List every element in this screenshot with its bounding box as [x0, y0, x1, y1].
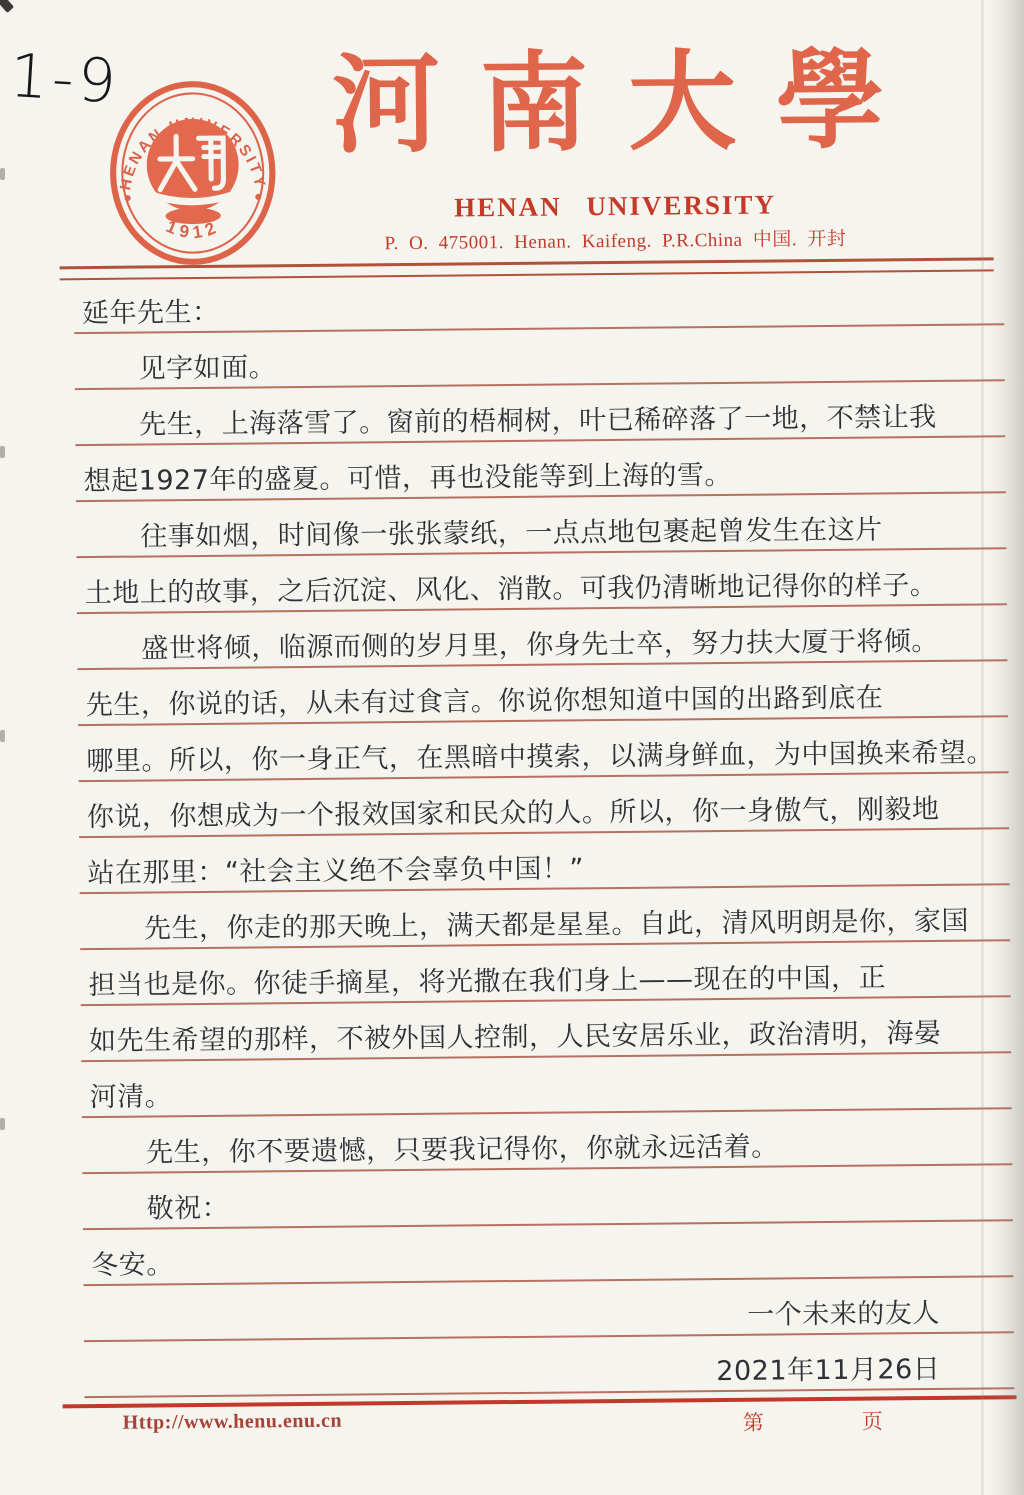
letter-line: 先生，你走的那天晚上，满天都是星星。自此，清风明朗是你，家国 — [80, 885, 1010, 950]
scan-crease — [981, 0, 984, 1495]
seal-center-emblem — [146, 118, 239, 224]
letter-line-text: 往事如烟，时间像一张张蒙纸，一点点地包裹起曾发生在这片 — [76, 516, 883, 556]
scanned-letter-page: 1-9 HENAN UNIVERSITY 1912 — [0, 0, 1024, 1495]
letter-line-text: 如先生希望的那样，不被外国人控制，人民安居乐业，政治清明，海晏 — [81, 1020, 942, 1060]
footer-page-prefix: 第 — [743, 1407, 764, 1437]
letter-line: 往事如烟，时间像一张张蒙纸，一点点地包裹起曾发生在这片 — [76, 493, 1006, 558]
letter-line: 一个未来的友人 — [83, 1277, 1013, 1342]
letter-line: 担当也是你。你徒手摘星，将光撒在我们身上——现在的中国，正 — [80, 941, 1010, 1006]
letter-body: 延年先生： 见字如面。 先生，上海落雪了。窗前的梧桐树，叶已稀碎落了一地，不禁让… — [74, 269, 1015, 1398]
letter-line: 你说，你想成为一个报效国家和民众的人。所以，你一身傲气，刚毅地 — [79, 773, 1009, 838]
letter-line-text: 冬安。 — [83, 1251, 174, 1284]
letter-line-text: 土地上的故事，之后沉淀、风化、消散。可我仍清晰地记得你的样子。 — [77, 572, 938, 612]
letter-line: 想起1927年的盛夏。可惜，再也没能等到上海的雪。 — [75, 437, 1005, 502]
letter-line: 延年先生： — [74, 269, 1004, 334]
letter-line-text: 河清。 — [81, 1083, 172, 1116]
letter-line: 先生，你说的话，从未有过食言。你说你想知道中国的出路到底在 — [78, 661, 1008, 726]
letter-line: 盛世将倾，临源而侧的岁月里，你身先士卒，努力扶大厦于将倾。 — [77, 605, 1007, 670]
seal-right-dot — [255, 194, 261, 200]
letter-line: 先生，你不要遗憾，只要我记得你，你就永远活着。 — [82, 1109, 1012, 1174]
letter-line-text: 想起1927年的盛夏。可惜，再也没能等到上海的雪。 — [76, 462, 732, 500]
university-name-english: HENAN UNIVERSITY — [315, 188, 915, 225]
letter-line-text: 2021年11月26日 — [716, 1355, 1014, 1390]
university-title-calligraphy: 河南大學 — [332, 42, 933, 167]
letter-line-text: 先生，你说的话，从未有过食言。你说你想知道中国的出路到底在 — [78, 684, 884, 724]
letter-line: 先生，上海落雪了。窗前的梧桐树，叶已稀碎落了一地，不禁让我 — [75, 381, 1005, 446]
letter-line-text: 一个未来的友人 — [747, 1299, 1014, 1334]
letter-line: 站在那里：“社会主义绝不会辜负中国！” — [79, 829, 1009, 894]
university-address-line: P. O. 475001. Henan. Kaifeng. P.R.China … — [305, 223, 925, 256]
letter-line-text: 见字如面。 — [75, 354, 277, 388]
seal-left-dot — [125, 195, 131, 201]
footer-page-suffix: 页 — [862, 1405, 883, 1435]
letter-line-text: 担当也是你。你徒手摘星，将光撒在我们身上——现在的中国，正 — [80, 964, 886, 1004]
letter-line-text: 延年先生： — [74, 299, 220, 332]
scan-edge-shadow — [986, 0, 1024, 1495]
letter-line: 土地上的故事，之后沉淀、风化、消散。可我仍清晰地记得你的样子。 — [76, 549, 1006, 614]
letter-line-text: 先生，上海落雪了。窗前的梧桐树，叶已稀碎落了一地，不禁让我 — [75, 404, 937, 444]
scanned-sheet: 1-9 HENAN UNIVERSITY 1912 — [0, 0, 1024, 1495]
letter-line: 哪里。所以，你一身正气，在黑暗中摸索，以满身鲜血，为中国换来希望。 — [78, 717, 1008, 782]
letter-line-text: 你说，你想成为一个报效国家和民众的人。所以，你一身傲气，刚毅地 — [79, 796, 940, 836]
university-seal: HENAN UNIVERSITY 1912 — [100, 74, 286, 272]
letter-line: 2021年11月26日 — [84, 1333, 1014, 1398]
footer-url: Http://www.henu.enu.cn — [123, 1410, 343, 1435]
letter-line-text: 先生，你不要遗憾，只要我记得你，你就永远活着。 — [82, 1133, 779, 1172]
letter-line: 见字如面。 — [74, 325, 1004, 390]
letter-line: 河清。 — [81, 1053, 1011, 1118]
footer-page-indicator: 第 页 — [743, 1405, 883, 1436]
letter-line-text: 站在那里：“社会主义绝不会辜负中国！” — [79, 855, 584, 892]
letter-line-text: 敬祝： — [83, 1195, 230, 1228]
letter-line-text: 盛世将倾，临源而侧的岁月里，你身先士卒，努力扶大厦于将倾。 — [77, 628, 939, 668]
letter-line: 敬祝： — [82, 1165, 1012, 1230]
letter-line: 冬安。 — [83, 1221, 1013, 1286]
letter-line: 如先生希望的那样，不被外国人控制，人民安居乐业，政治清明，海晏 — [81, 997, 1011, 1062]
